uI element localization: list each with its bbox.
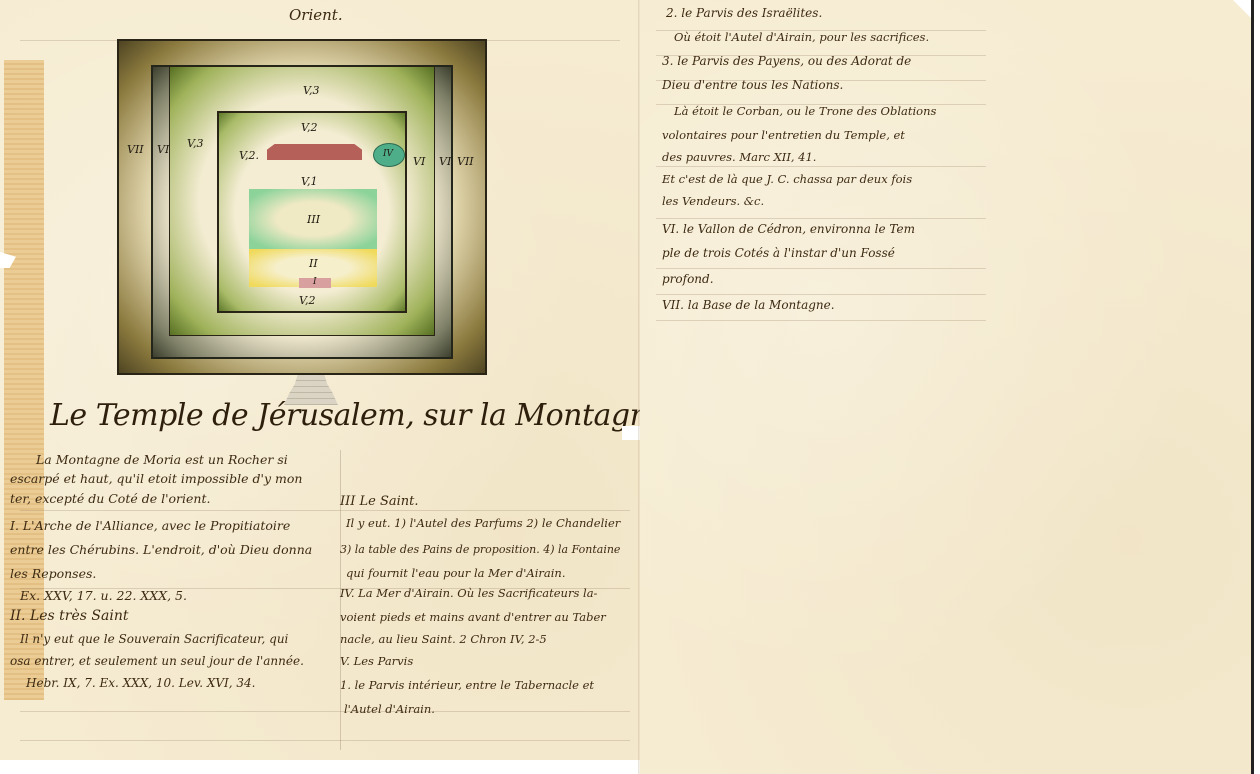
ruled-line xyxy=(20,510,630,511)
ruled-line xyxy=(656,166,986,167)
text-line: qui fournit l'eau pour la Mer d'Airain. xyxy=(346,566,565,580)
text-line: des pauvres. Marc XII, 41. xyxy=(662,150,816,164)
text-line: 3. le Parvis des Payens, ou des Adorat d… xyxy=(662,54,911,68)
text-line: La Montagne de Moria est un Rocher si xyxy=(36,452,288,467)
text-line: Il n'y eut que le Souverain Sacrificateu… xyxy=(20,632,288,646)
label-v2-bottom: V,2 xyxy=(299,294,316,307)
text-line: 2. le Parvis des Israëlites. xyxy=(666,6,822,20)
label-iii: III xyxy=(307,213,320,226)
ruled-line xyxy=(656,218,986,219)
ruled-line xyxy=(20,740,630,741)
label-v3-top: V,3 xyxy=(303,84,320,97)
label-v1: V,1 xyxy=(301,175,318,188)
text-line: Hebr. IX, 7. Ex. XXX, 10. Lev. XVI, 34. xyxy=(26,676,256,690)
text-line: Où étoit l'Autel d'Airain, pour les sacr… xyxy=(674,30,929,44)
text-line: III Le Saint. xyxy=(340,494,419,509)
text-line: escarpé et haut, qu'il etoit impossible … xyxy=(10,471,302,486)
temple-plan: VII VI V,3 V,3 V,2 V,2. IV VI VI VII V,1… xyxy=(117,39,487,375)
text-line: les Vendeurs. &c. xyxy=(662,194,764,208)
text-line: les Reponses. xyxy=(10,566,96,581)
orientation-label: Orient. xyxy=(289,6,343,24)
text-line: Ex. XXV, 17. u. 22. XXX, 5. xyxy=(20,588,187,603)
text-line: II. Les très Saint xyxy=(10,608,128,624)
text-line: entre les Chérubins. L'endroit, d'où Die… xyxy=(10,542,312,557)
ruled-line xyxy=(656,320,986,321)
text-line: Et c'est de là que J. C. chassa par deux… xyxy=(662,172,912,186)
label-v3-left: V,3 xyxy=(187,137,204,150)
text-line: Il y eut. 1) l'Autel des Parfums 2) le C… xyxy=(346,516,620,530)
text-line: I. L'Arche de l'Alliance, avec le Propit… xyxy=(10,518,290,533)
label-vi-right: VI xyxy=(439,155,451,168)
text-line: IV. La Mer d'Airain. Où les Sacrificateu… xyxy=(340,586,597,600)
text-line: VII. la Base de la Montagne. xyxy=(662,298,835,312)
label-vi-left: VI xyxy=(157,143,169,156)
label-vii-left: VII xyxy=(127,143,144,156)
text-line: VI. le Vallon de Cédron, environna le Te… xyxy=(662,222,915,236)
text-line: voient pieds et mains avant d'entrer au … xyxy=(340,610,606,624)
label-v2-altar: V,2. xyxy=(239,149,259,162)
ruled-line xyxy=(656,268,986,269)
label-vi-right-inner: VI xyxy=(413,155,425,168)
label-iv: IV xyxy=(383,149,393,159)
text-line: Là étoit le Corban, ou le Trone des Obla… xyxy=(674,104,936,118)
label-ii: II xyxy=(309,257,318,270)
label-v2-inner-top: V,2 xyxy=(301,121,318,134)
folded-corner xyxy=(1233,0,1251,18)
text-line: ter, excepté du Coté de l'orient. xyxy=(10,491,210,506)
ruled-line xyxy=(656,294,986,295)
text-line: l'Autel d'Airain. xyxy=(344,702,435,716)
text-line: ple de trois Cotés à l'instar d'un Fossé xyxy=(662,246,895,260)
text-line: Dieu d'entre tous les Nations. xyxy=(662,78,843,92)
text-line: 1. le Parvis intérieur, entre le Taberna… xyxy=(340,678,594,692)
text-line: V. Les Parvis xyxy=(340,654,413,668)
text-line: nacle, au lieu Saint. 2 Chron IV, 2-5 xyxy=(340,632,547,646)
ruled-line xyxy=(20,711,630,712)
label-vii-right: VII xyxy=(457,155,474,168)
label-i: I xyxy=(313,277,317,287)
text-line: 3) la table des Pains de proposition. 4)… xyxy=(340,543,620,556)
tape-strip xyxy=(4,60,44,700)
text-line: profond. xyxy=(662,272,714,286)
left-page: Orient. VII VI V,3 V,3 V,2 V,2. IV VI VI… xyxy=(0,0,640,760)
bronze-altar xyxy=(267,144,362,160)
title-main: Le Temple de Jérusalem, sur la Montagne xyxy=(50,398,666,433)
right-page: 2. le Parvis des Israëlites. Où étoit l'… xyxy=(640,0,1254,774)
text-line: volontaires pour l'entretien du Temple, … xyxy=(662,128,905,142)
text-line: osa entrer, et seulement un seul jour de… xyxy=(10,654,304,668)
